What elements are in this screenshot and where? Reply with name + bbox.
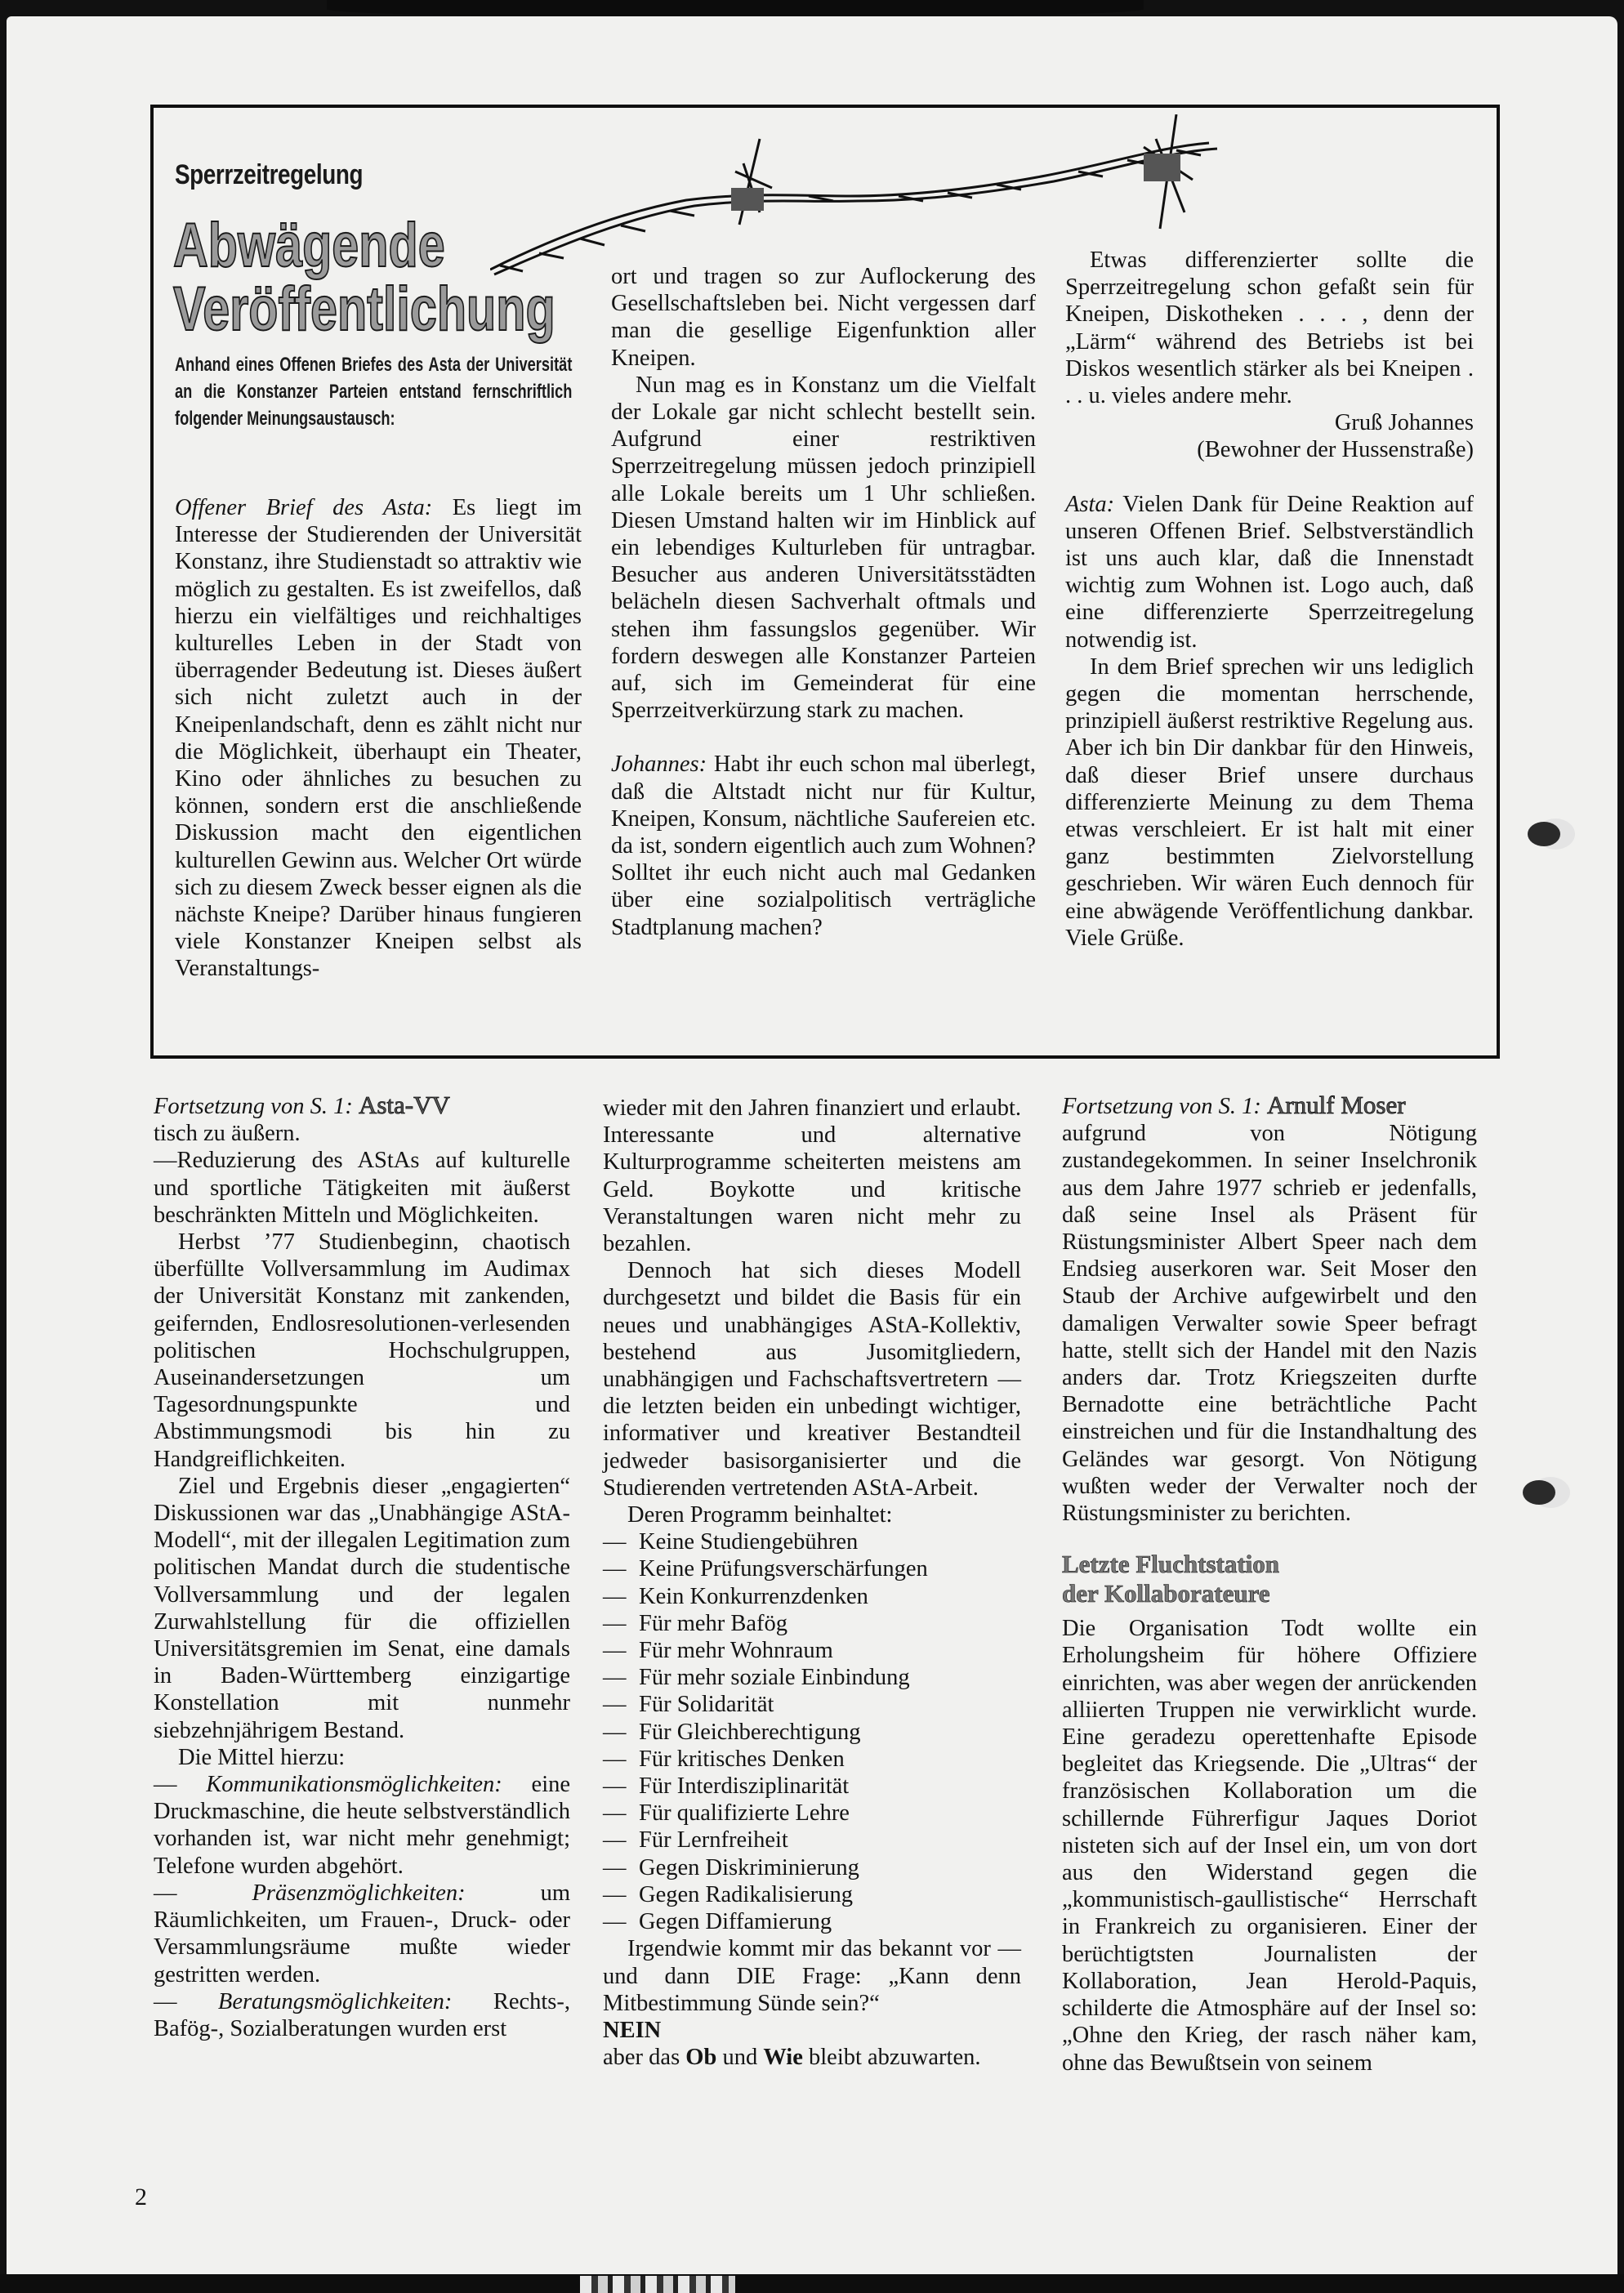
paragraph: tisch zu äußern. [154,1120,570,1147]
means-label: Präsenzmöglichkeiten: [252,1880,465,1906]
means-item: — Kommunikationsmöglichkeiten: eine Druc… [154,1771,570,1880]
section-subhead: Letzte Fluchtstation der Kollaborateure [1062,1550,1477,1608]
asta-vv-column: Fortsetzung von S. 1: Asta-VV tisch zu ä… [154,1091,570,2042]
box-column-2: ort und tragen so zur Auflockerung des G… [611,263,1036,941]
means-item: — Präsenzmöglichkeiten: um Räumlichkeite… [154,1880,570,1988]
speaker-label: Johannes: [611,752,707,777]
list-item: —Keine Prüfungsverschärfungen [603,1555,1021,1582]
paragraph: Ziel und Ergebnis dieser „engagierten“ D… [154,1473,570,1744]
article-kicker: Sperrzeitregelung [175,159,363,191]
list-item: —Für Solidarität [603,1691,1021,1718]
continuation-label: Fortsetzung von S. 1: [1062,1094,1261,1119]
reply-text: Vielen Dank für Deine Reaktion auf unser… [1065,492,1474,653]
reply-text: Habt ihr euch schon mal überlegt, daß di… [611,752,1036,939]
continuation-label: Fortsetzung von S. 1: [154,1094,353,1119]
speaker-label: Asta: [1065,492,1114,517]
program-list: —Keine Studiengebühren —Keine Prüfungsve… [603,1528,1021,1935]
paragraph: ort und tragen so zur Auflockerung des G… [611,263,1036,372]
paragraph: Etwas differenzierter sollte die Sperrze… [1065,247,1474,409]
list-item: —Gegen Radikalisierung [603,1881,1021,1908]
headline-line-2: Veröffentlichung [173,278,555,341]
list-item: —Für mehr soziale Einbindung [603,1664,1021,1691]
moser-column: Fortsetzung von S. 1: Arnulf Moser aufgr… [1062,1091,1477,2077]
nein-emphasis: NEIN [603,2017,1021,2044]
list-item: —Für mehr Bafög [603,1610,1021,1637]
speaker-label: Offener Brief des Asta: [175,495,432,520]
asta-vv-column-2: wieder mit den Jahren finanziert und erl… [603,1095,1021,2071]
scan-bottom-edge [0,2274,1624,2293]
signature-note: (Bewohner der Hussenstraße) [1065,436,1474,463]
list-item: —Für Gleichberechtigung [603,1719,1021,1746]
list-item: —Für Lernfreiheit [603,1827,1021,1854]
means-label: Beratungsmöglichkeiten: [218,1989,453,2014]
paragraph: wieder mit den Jahren finanziert und erl… [603,1095,1021,1257]
means-item: — Beratungsmöglichkeiten: Rechts-, Bafög… [154,1988,570,2042]
paragraph: Deren Programm beinhaltet: [603,1501,1021,1528]
paragraph: Irgendwie kommt mir das bekannt vor — un… [603,1935,1021,2017]
list-item: —Gegen Diffamierung [603,1908,1021,1935]
headline-line-1: Abwägende [173,214,555,278]
list-item: —Für qualifizierte Lehre [603,1800,1021,1827]
box-column-1: Offener Brief des Asta: Es liegt im Inte… [175,494,582,983]
signature: Gruß Johannes [1065,409,1474,436]
continuation-title: Asta-VV [359,1091,450,1119]
article-headline: Abwägende Veröffentlichung [173,214,555,341]
list-item: —Für mehr Wohnraum [603,1637,1021,1664]
list-item: —Keine Studiengebühren [603,1528,1021,1555]
paragraph: Die Organisation Todt wollte ein Erholun… [1062,1615,1477,2076]
scan-top-shadow [327,0,1144,18]
paragraph: Herbst ’77 Studienbeginn, chaotisch über… [154,1229,570,1473]
punch-hole-icon [1523,1480,1555,1505]
punch-hole-icon [1528,822,1560,846]
scan-bottom-scrap [580,2276,735,2293]
article-lede: Anhand eines Offenen Briefes des Asta de… [175,351,572,432]
paragraph: In dem Brief sprechen wir uns lediglich … [1065,654,1474,952]
closing-line: aber das Ob und Wie bleibt abzuwarten. [603,2044,1021,2071]
paragraph: Dennoch hat sich dieses Modell durchgese… [603,1257,1021,1501]
continuation-title: Arnulf Moser [1267,1091,1406,1119]
page-number: 2 [135,2184,147,2211]
paragraph: Die Mittel hierzu: [154,1744,570,1771]
list-item: —Für Interdisziplinarität [603,1773,1021,1800]
list-item: —Gegen Diskriminierung [603,1854,1021,1881]
paragraph: —Reduzierung des AStAs auf kulturelle un… [154,1147,570,1229]
list-item: —Kein Konkurrenzdenken [603,1583,1021,1610]
list-item: —Für kritisches Denken [603,1746,1021,1773]
open-letter-text: Es liegt im Interesse der Studierenden d… [175,495,582,981]
paragraph: aufgrund von Nötigung zustandegekommen. … [1062,1120,1477,1527]
means-label: Kommunikationsmöglichkeiten: [206,1772,502,1797]
box-column-3: Etwas differenzierter sollte die Sperrze… [1065,247,1474,952]
paragraph: Nun mag es in Konstanz um die Vielfalt d… [611,372,1036,725]
